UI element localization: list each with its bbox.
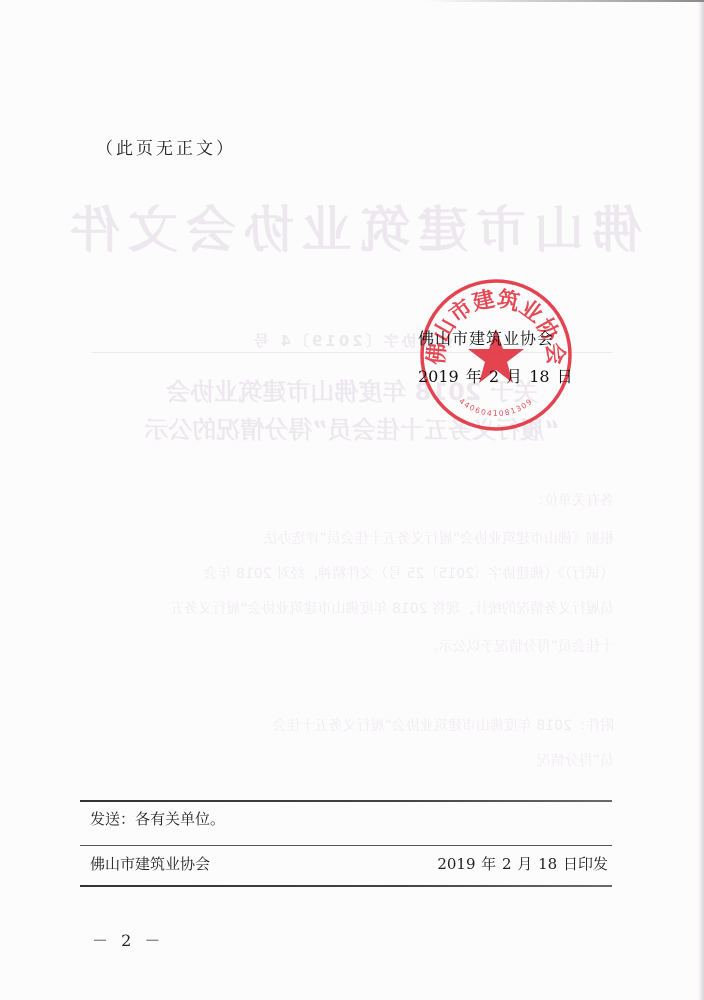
bleed-attachment-line: 附件：2018 年度佛山市建筑业协会“履行义务五十佳会: [94, 715, 614, 735]
bleed-doc-number: 佛建协字〔2019〕4 号: [0, 330, 704, 351]
footer-divider-bottom: [80, 885, 612, 887]
bleed-body-line: 十佳会员”得分情况予以公示。: [94, 636, 614, 656]
bleed-body-line: （试行）》（佛建协字〔2015〕25 号）文件精神，经对 2018 年会: [94, 563, 614, 583]
page-number: － 2 －: [92, 928, 164, 951]
no-body-note: （此页无正文）: [96, 134, 236, 159]
footer-divider-top: [80, 800, 612, 802]
signature-organization: 佛山市建筑业协会: [418, 326, 554, 349]
bleed-body-line: 员履行义务情况的统计，现将 2018 年度佛山市建筑业协会“履行义务五: [94, 598, 614, 618]
signature-date: 2019 年 2 月 18 日: [418, 364, 573, 387]
bleed-title-line-2: “履行义务五十佳会员”得分情况的公示: [0, 410, 704, 445]
bleed-title-line-1: 关于 2018 年度佛山市建筑业协会: [0, 372, 704, 407]
issuer-name: 佛山市建筑业协会: [90, 853, 210, 874]
seal-serial: 4406041081309: [457, 396, 535, 418]
page-edge: [698, 0, 704, 1000]
bleed-attachment-line: 员”得分情况: [94, 750, 614, 770]
page-edge-top: [424, 0, 704, 2]
issue-date: 2019 年 2 月 18 日印发: [437, 853, 608, 874]
bleed-salutation: 各有关单位：: [94, 490, 614, 510]
distribution-line: 发送：各有关单位。: [90, 808, 225, 829]
bleed-header-title: 佛山市建筑业协会文件: [0, 190, 704, 262]
official-seal: 佛山市建筑业协会 4406041081309: [418, 277, 574, 433]
footer-divider-middle: [80, 845, 612, 846]
bleed-body-line: 根据《佛山市建筑业协会“履行义务五十佳会员”评选办法: [94, 528, 614, 548]
